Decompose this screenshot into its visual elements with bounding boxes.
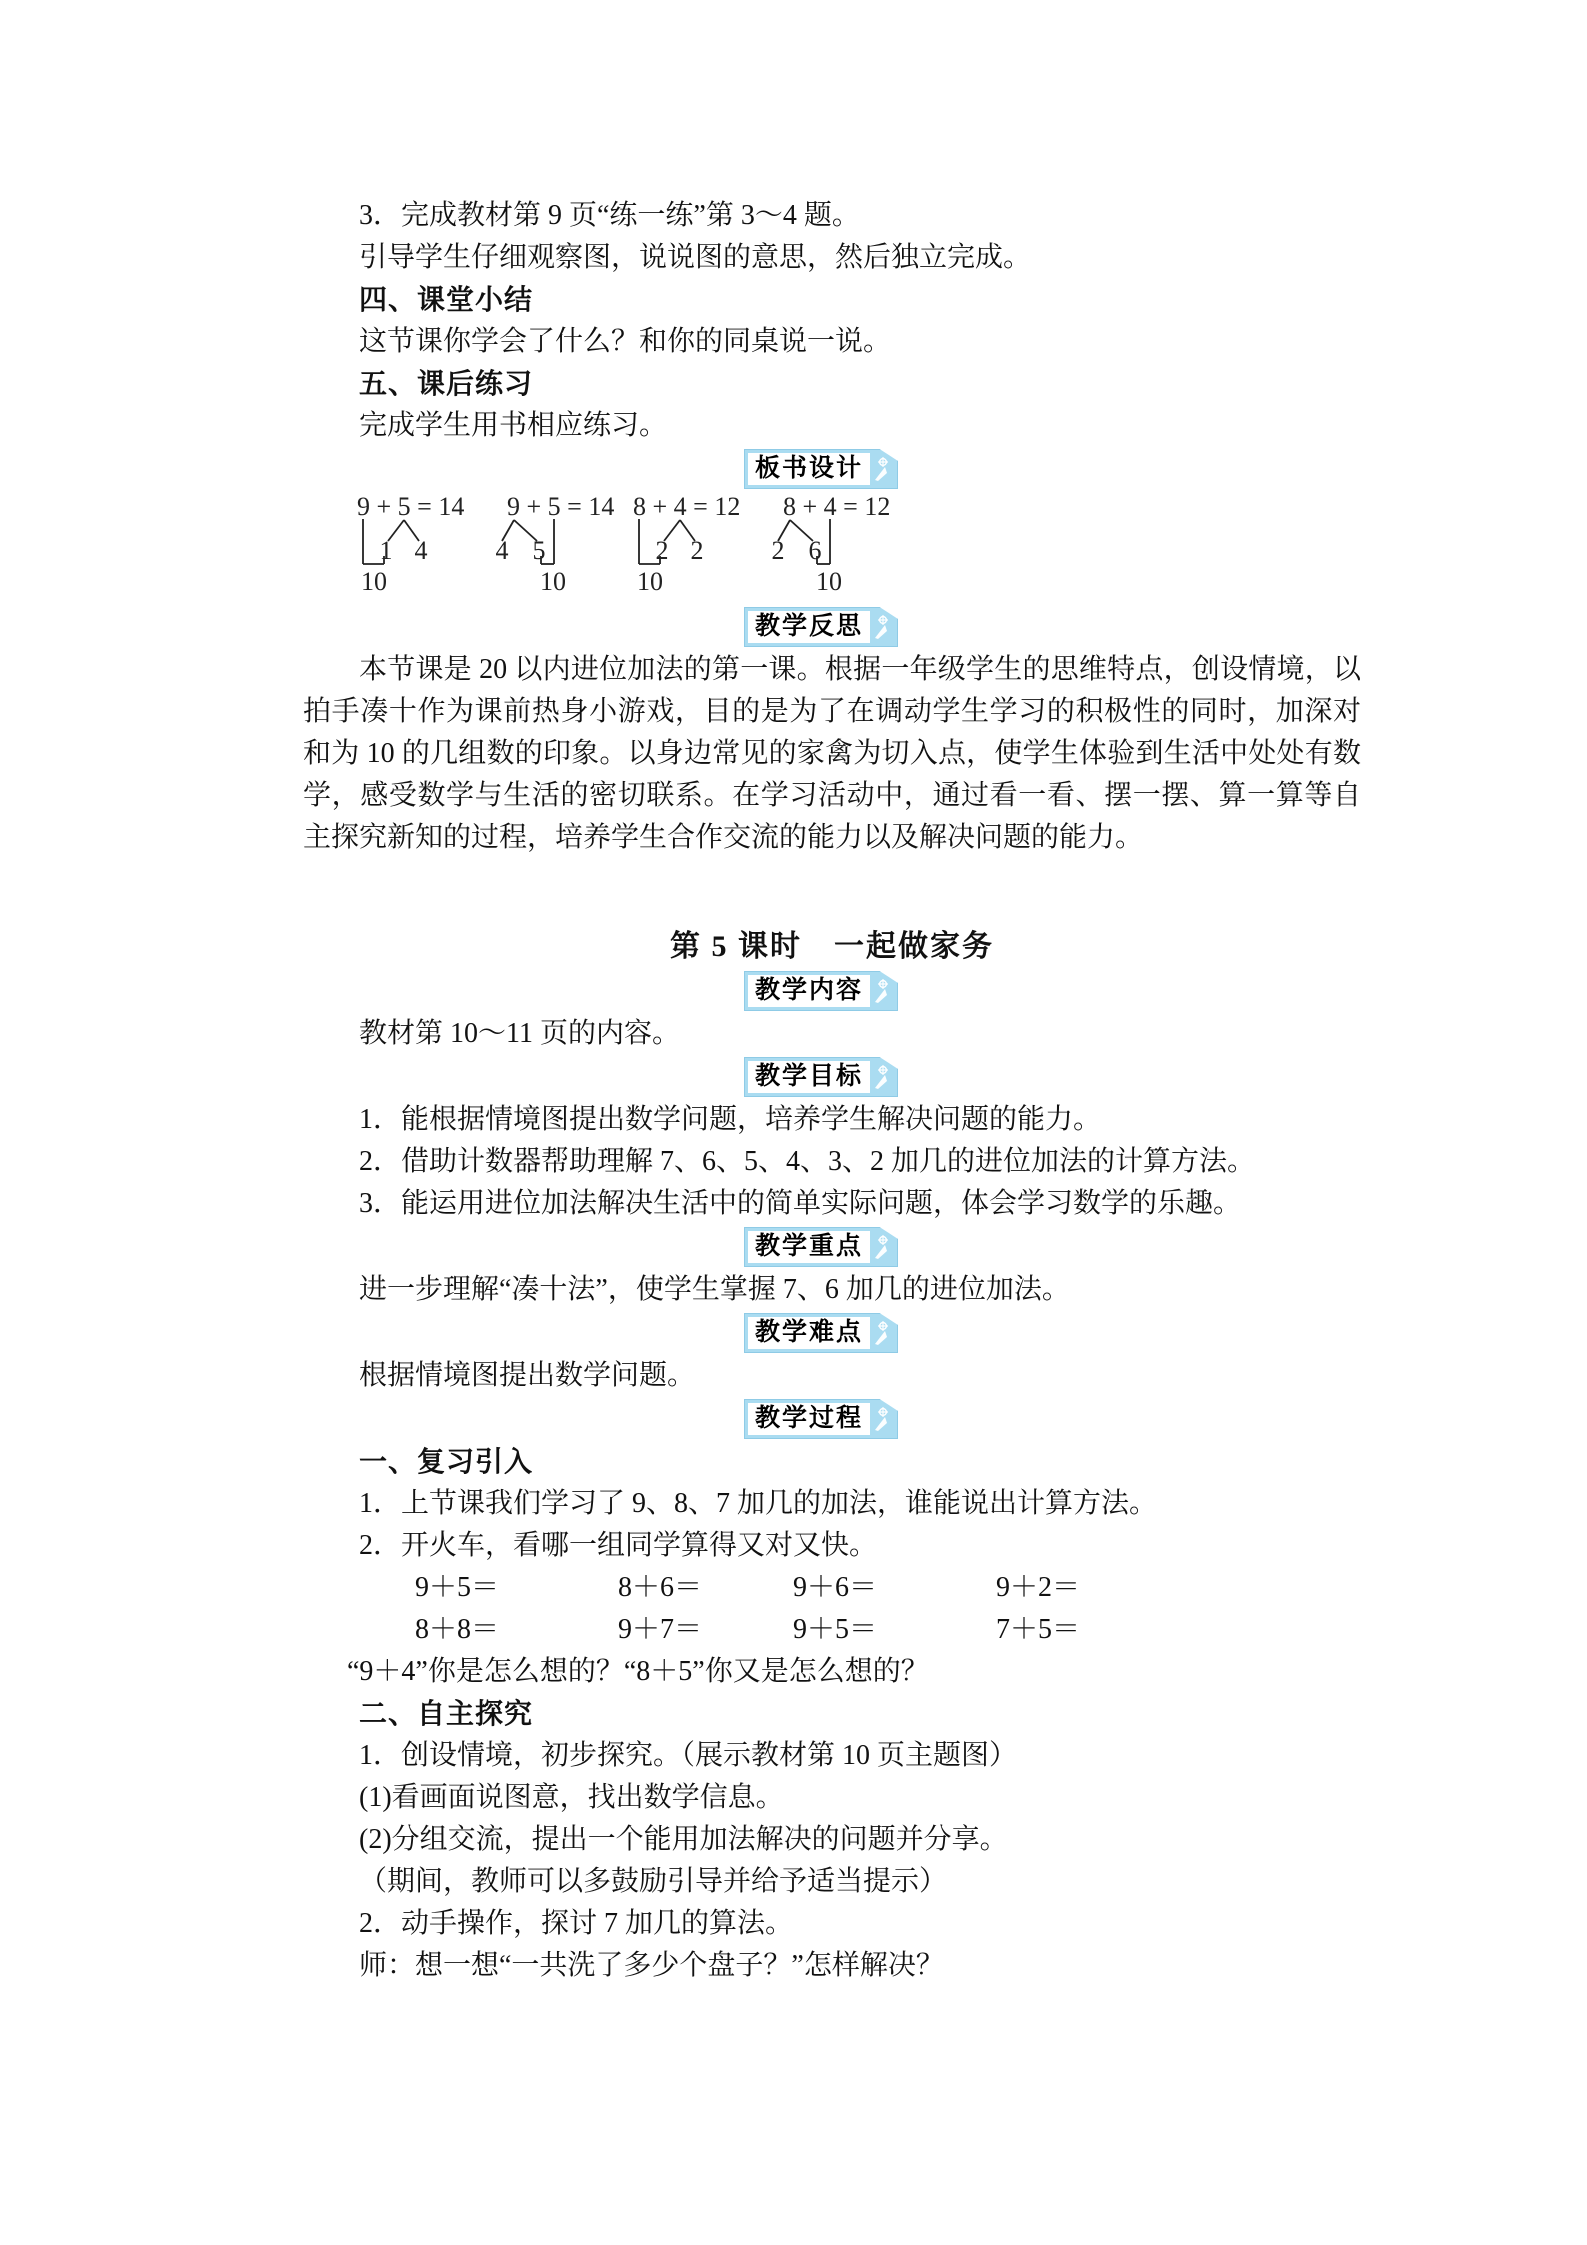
text-line: 2．动手操作，探讨 7 加几的算法。 bbox=[303, 1903, 1361, 1945]
quill-icon bbox=[870, 453, 894, 485]
badge-row: 教学反思 bbox=[303, 607, 1339, 647]
goal-item: 2．借助计数器帮助理解 7、6、5、4、3、2 加几的进位加法的计算方法。 bbox=[303, 1141, 1361, 1183]
equation-row: 9＋5＝ 8＋6＝ 9＋6＝ 9＋2＝ bbox=[303, 1567, 1361, 1609]
badge-row: 教学重点 bbox=[303, 1227, 1339, 1267]
badge-label: 教学过程 bbox=[748, 1403, 870, 1435]
quill-icon bbox=[870, 975, 894, 1007]
practice-equation: 9＋7＝ bbox=[562, 1609, 702, 1651]
equation-text: 8 + 4 = 12 bbox=[783, 495, 890, 521]
badge-row: 板书设计 bbox=[303, 449, 1339, 489]
text-line: 1．上节课我们学习了 9、8、7 加几的加法，谁能说出计算方法。 bbox=[303, 1483, 1361, 1525]
quill-icon bbox=[870, 1061, 894, 1093]
badge-label: 板书设计 bbox=[748, 453, 870, 485]
number-bond-tree: 9 + 5 = 14 1 4 10 bbox=[355, 495, 477, 599]
text-line: (1)看画面说图意，找出数学信息。 bbox=[303, 1777, 1361, 1819]
number-bond-tree: 9 + 5 = 14 4 5 10 bbox=[493, 495, 615, 599]
badge-teaching-goals: 教学目标 bbox=[744, 1057, 898, 1097]
badge-label: 教学重点 bbox=[748, 1231, 870, 1263]
practice-equation: 7＋5＝ bbox=[940, 1609, 1080, 1651]
quill-icon bbox=[870, 1403, 894, 1435]
part-left: 1 bbox=[380, 536, 393, 565]
reflection-paragraph: 本节课是 20 以内进位加法的第一课。根据一年级学生的思维特点，创设情境，以拍手… bbox=[303, 649, 1361, 859]
badge-teaching-difficulties: 教学难点 bbox=[744, 1313, 898, 1353]
badge-teaching-content: 教学内容 bbox=[744, 971, 898, 1011]
section-heading: 四、课堂小结 bbox=[303, 279, 1361, 321]
badge-teaching-key-points: 教学重点 bbox=[744, 1227, 898, 1267]
part-right: 2 bbox=[691, 536, 704, 565]
equation-row: 8＋8＝ 9＋7＝ 9＋5＝ 7＋5＝ bbox=[303, 1609, 1361, 1651]
practice-equation: 9＋5＝ bbox=[359, 1567, 499, 1609]
practice-equation: 8＋8＝ bbox=[359, 1609, 499, 1651]
text-line: 进一步理解“凑十法”，使学生掌握 7、6 加几的进位加法。 bbox=[303, 1269, 1361, 1311]
part-left: 2 bbox=[656, 536, 669, 565]
goal-item: 1．能根据情境图提出数学问题，培养学生解决问题的能力。 bbox=[303, 1099, 1361, 1141]
text-line: 这节课你学会了什么？和你的同桌说一说。 bbox=[303, 321, 1361, 363]
section-break bbox=[303, 859, 1361, 925]
text-line: （期间，教师可以多鼓励引导并给予适当提示） bbox=[303, 1861, 1361, 1903]
text-line: 引导学生仔细观察图，说说图的意思，然后独立完成。 bbox=[303, 237, 1361, 279]
text-line: 根据情境图提出数学问题。 bbox=[303, 1355, 1361, 1397]
badge-teaching-reflection: 教学反思 bbox=[744, 607, 898, 647]
section-heading: 一、复习引入 bbox=[303, 1441, 1361, 1483]
text-line: 完成学生用书相应练习。 bbox=[303, 405, 1361, 447]
practice-equation: 9＋5＝ bbox=[737, 1609, 877, 1651]
badge-row: 教学难点 bbox=[303, 1313, 1339, 1353]
badge-label: 教学目标 bbox=[748, 1061, 870, 1093]
badge-label: 教学内容 bbox=[748, 975, 870, 1007]
text-line: “9＋4”你是怎么想的？“8＋5”你又是怎么想的？ bbox=[303, 1651, 1361, 1693]
part-right: 6 bbox=[809, 536, 822, 565]
badge-label: 教学难点 bbox=[748, 1317, 870, 1349]
ten-label: 10 bbox=[816, 567, 842, 596]
ten-label: 10 bbox=[637, 567, 663, 596]
practice-equation: 9＋6＝ bbox=[737, 1567, 877, 1609]
equation-text: 9 + 5 = 14 bbox=[507, 495, 614, 521]
number-bond-tree: 8 + 4 = 12 2 6 10 bbox=[769, 495, 891, 599]
part-left: 4 bbox=[496, 536, 509, 565]
section-heading: 五、课后练习 bbox=[303, 363, 1361, 405]
board-work-diagrams: 9 + 5 = 14 1 4 10 9 + 5 = 14 4 5 bbox=[355, 495, 1361, 599]
quill-icon bbox=[870, 1317, 894, 1349]
quill-icon bbox=[870, 1231, 894, 1263]
document-page: 3．完成教材第 9 页“练一练”第 3～4 题。 引导学生仔细观察图，说说图的意… bbox=[303, 195, 1361, 1987]
quill-icon bbox=[870, 611, 894, 643]
goal-item: 3．能运用进位加法解决生活中的简单实际问题，体会学习数学的乐趣。 bbox=[303, 1183, 1361, 1225]
badge-row: 教学内容 bbox=[303, 971, 1339, 1011]
badge-label: 教学反思 bbox=[748, 611, 870, 643]
lesson-title: 第 5 课时 一起做家务 bbox=[303, 925, 1361, 969]
practice-equation: 8＋6＝ bbox=[562, 1567, 702, 1609]
text-line: 师：想一想“一共洗了多少个盘子？”怎样解决？ bbox=[303, 1945, 1361, 1987]
text-line: 教材第 10～11 页的内容。 bbox=[303, 1013, 1361, 1055]
badge-board-design: 板书设计 bbox=[744, 449, 898, 489]
text-line: 3．完成教材第 9 页“练一练”第 3～4 题。 bbox=[303, 195, 1361, 237]
part-right: 5 bbox=[533, 536, 546, 565]
equation-text: 9 + 5 = 14 bbox=[357, 495, 464, 521]
ten-label: 10 bbox=[361, 567, 387, 596]
part-right: 4 bbox=[415, 536, 428, 565]
badge-row: 教学过程 bbox=[303, 1399, 1339, 1439]
part-left: 2 bbox=[772, 536, 785, 565]
ten-label: 10 bbox=[540, 567, 566, 596]
text-line: 1．创设情境，初步探究。（展示教材第 10 页主题图） bbox=[303, 1735, 1361, 1777]
equation-text: 8 + 4 = 12 bbox=[633, 495, 740, 521]
section-heading: 二、自主探究 bbox=[303, 1693, 1361, 1735]
number-bond-tree: 8 + 4 = 12 2 2 10 bbox=[631, 495, 753, 599]
text-line: (2)分组交流，提出一个能用加法解决的问题并分享。 bbox=[303, 1819, 1361, 1861]
badge-row: 教学目标 bbox=[303, 1057, 1339, 1097]
practice-equation: 9＋2＝ bbox=[940, 1567, 1080, 1609]
text-line: 2．开火车，看哪一组同学算得又对又快。 bbox=[303, 1525, 1361, 1567]
badge-teaching-process: 教学过程 bbox=[744, 1399, 898, 1439]
